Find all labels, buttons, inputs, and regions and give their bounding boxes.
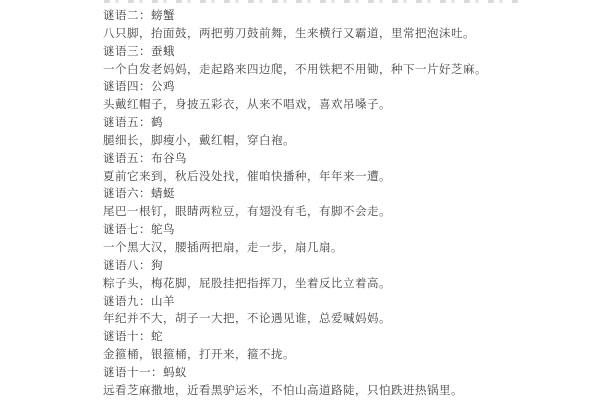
riddle-body: 八只脚，抬面鼓，两把剪刀鼓前舞，生来横行又霸道，里常把泡沫吐。 <box>103 26 570 44</box>
riddle-heading: 谜语六：蜻蜓 <box>103 186 570 204</box>
riddle-body: 一个白发老妈妈，走起路来四边爬，不用铁耙不用锄，种下一片好芝麻。 <box>103 62 570 80</box>
document-page: 谜语二：螃蟹 八只脚，抬面鼓，两把剪刀鼓前舞，生来横行又霸道，里常把泡沫吐。 谜… <box>0 0 600 400</box>
riddle-heading: 谜语十：蛇 <box>103 329 570 347</box>
cropped-top-line <box>104 0 520 3</box>
riddle-body: 金箍桶，银箍桶，打开来，箍不拢。 <box>103 347 570 365</box>
riddle-body: 尾巴一根钉，眼睛两粒豆，有翅没有毛，有脚不会走。 <box>103 204 570 222</box>
riddle-heading: 谜语五：布谷鸟 <box>103 151 570 169</box>
riddle-heading: 谜语九：山羊 <box>103 294 570 312</box>
riddle-heading: 谜语二：螃蟹 <box>103 8 570 26</box>
riddle-body: 一个黑大汉，腰插两把扇，走一步，扇几扇。 <box>103 240 570 258</box>
riddle-heading: 谜语十一：蚂蚁 <box>103 365 570 383</box>
riddle-body: 年纪并不大，胡子一大把，不论遇见谁，总爱喊妈妈。 <box>103 311 570 329</box>
riddle-body: 粽子头，梅花脚，屁股挂把指挥刀，坐着反比立着高。 <box>103 276 570 294</box>
riddle-heading: 谜语八：狗 <box>103 258 570 276</box>
riddle-heading: 谜语五：鹤 <box>103 115 570 133</box>
riddle-list: 谜语二：螃蟹 八只脚，抬面鼓，两把剪刀鼓前舞，生来横行又霸道，里常把泡沫吐。 谜… <box>103 8 570 400</box>
riddle-body: 头戴红帽子，身披五彩衣，从来不唱戏，喜欢吊嗓子。 <box>103 97 570 115</box>
riddle-body: 夏前它来到，秋后没处找，催咱快播种，年年来一遭。 <box>103 169 570 187</box>
riddle-body: 远看芝麻撒地，近看黑驴运米，不怕山高道路陡，只怕跌进热锅里。 <box>103 383 570 400</box>
riddle-heading: 谜语七：鸵鸟 <box>103 222 570 240</box>
riddle-heading: 谜语四：公鸡 <box>103 79 570 97</box>
riddle-heading: 谜语三：蚕蛾 <box>103 44 570 62</box>
riddle-body: 腿细长，脚瘦小，戴红帽，穿白袍。 <box>103 133 570 151</box>
